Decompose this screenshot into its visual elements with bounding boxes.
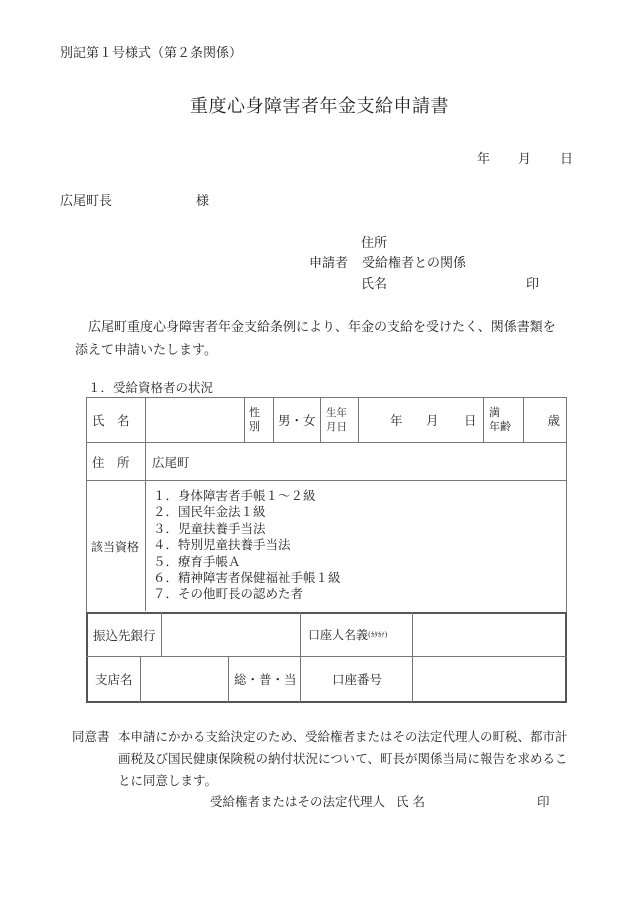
address-label: 住 所 <box>92 443 130 480</box>
section-heading: １．受給資格者の状況 <box>88 378 213 396</box>
account-type-options[interactable]: 総・普・当 <box>234 657 297 701</box>
eligibility-item[interactable]: ７．その他町長の認めた者 <box>153 586 341 602</box>
sex-options[interactable]: 男・女 <box>278 398 316 442</box>
recipient-address-field[interactable]: 広尾町 <box>152 443 562 480</box>
birthdate-label: 生年 月日 <box>326 398 347 442</box>
branch-name-field[interactable] <box>141 657 228 701</box>
branch-label: 支店名 <box>95 657 133 701</box>
birth-day-label: 日 <box>464 398 477 442</box>
eligibility-label: 該当資格 <box>91 481 139 611</box>
eligibility-item[interactable]: ６．精神障害者保健福祉手帳１級 <box>153 570 341 586</box>
date-month-label: 月 <box>518 148 531 167</box>
date-day-label: 日 <box>560 148 573 167</box>
katakana-note: (ｶﾀｶﾅ) <box>368 630 387 640</box>
addressee-name: 広尾町長 <box>60 190 112 209</box>
account-holder-label: 口座人名義(ｶﾀｶﾅ) <box>308 613 387 656</box>
applicant-address-label: 住所 <box>361 232 387 251</box>
eligibility-item[interactable]: ４．特別児童扶養手当法 <box>153 537 341 553</box>
recipient-name-field[interactable] <box>146 398 244 442</box>
account-holder-field[interactable] <box>413 613 565 656</box>
account-number-label: 口座番号 <box>332 657 382 701</box>
date-year-label: 年 <box>477 148 490 167</box>
consent-name-label: 氏 名 <box>396 792 425 810</box>
age-unit: 歳 <box>547 411 560 429</box>
applicant-relationship-label: 受給権者との関係 <box>362 252 466 271</box>
consent-text-line-3: とに同意します。 <box>118 771 217 789</box>
eligibility-list: １．身体障害者手帳１～２級 ２．国民年金法１級 ３．児童扶養手当法 ４．特別児童… <box>153 488 341 603</box>
consent-signature-field[interactable] <box>432 790 532 808</box>
applicant-seal-mark: 印 <box>526 273 539 292</box>
consent-text-line-2: 画税及び国民健康保険税の納付状況について、町長が関係当局に報告を求めるこ <box>118 749 568 767</box>
bank-label: 振込先銀行 <box>93 613 156 656</box>
form-number: 別記第１号様式（第２条関係） <box>60 42 242 61</box>
eligibility-item[interactable]: ５．療育手帳Ａ <box>153 554 341 570</box>
eligibility-item[interactable]: ２．国民年金法１級 <box>153 504 341 520</box>
applicant-name-label: 氏名 <box>361 273 387 292</box>
consent-signer-label: 受給権者またはその法定代理人 <box>210 792 385 810</box>
age-label: 満 年齢 <box>489 398 511 442</box>
consent-seal-mark: 印 <box>537 792 550 810</box>
body-text-line-1: 広尾町重度心身障害者年金支給条例により、年金の支給を受けたく、関係書類を <box>88 316 556 335</box>
name-label: 氏 名 <box>92 398 130 442</box>
age-field[interactable]: 歳 <box>524 398 560 442</box>
account-number-field[interactable] <box>413 657 565 701</box>
birth-month-label: 月 <box>426 398 439 442</box>
birth-year-label: 年 <box>390 398 403 442</box>
eligibility-item[interactable]: ３．児童扶養手当法 <box>153 521 341 537</box>
consent-text-line-1: 本申請にかかる支給決定のため、受給権者またはその法定代理人の町税、都市計 <box>118 727 568 745</box>
applicant-label: 申請者 <box>309 252 348 271</box>
consent-label: 同意書 <box>72 727 110 745</box>
eligibility-item[interactable]: １．身体障害者手帳１～２級 <box>153 488 341 504</box>
sex-label: 性 別 <box>249 398 260 442</box>
body-text-line-2: 添えて申請いたします。 <box>75 339 217 358</box>
document-title: 重度心身障害者年金支給申請書 <box>190 92 449 118</box>
addressee-honorific: 様 <box>196 190 209 209</box>
bank-name-field[interactable] <box>162 613 300 656</box>
